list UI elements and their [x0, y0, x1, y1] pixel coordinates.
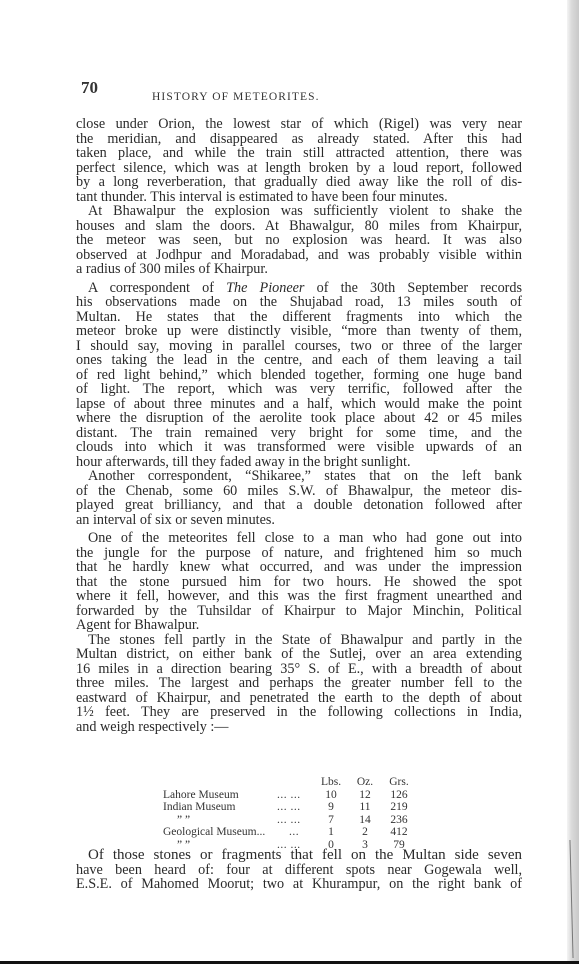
lbs-value: 9: [314, 801, 348, 814]
text-line: clouds into which it was transformed wer…: [76, 440, 522, 455]
text-line: the meridian, and disappeared as already…: [76, 132, 522, 147]
text-line: 16 miles in a direction bearing 35° S. o…: [76, 662, 522, 677]
body-text-continued: Of those stones or fragments that fell o…: [76, 848, 522, 892]
grs-value: 126: [382, 789, 416, 802]
text-line: perfect silence, which was at length bro…: [76, 161, 522, 176]
lbs-value: 10: [314, 789, 348, 802]
leader-dots: ... ...: [277, 789, 314, 802]
text-line: Another correspondent, “Shikaree,” state…: [76, 469, 522, 484]
text-line: houses and slam the doors. At Bhawalgur,…: [76, 219, 522, 234]
page-number: 70: [81, 78, 98, 98]
text-line: observed at Jodhpur and Moradabad, and w…: [76, 248, 522, 263]
text-line: meteor broke up were distinctly visible,…: [76, 324, 522, 339]
text-line: by a long reverberation, that gradually …: [76, 175, 522, 190]
meteorite-weights-table: Lbs. Oz. Grs. Lahore Museum ... ... 10 1…: [163, 776, 416, 851]
collection-name: ” ”: [163, 814, 277, 827]
running-head: History of Meteorites.: [152, 91, 320, 103]
text-line: forwarded by the Tuhsildar of Khairpur t…: [76, 604, 522, 619]
text-line: have been heard of: four at different sp…: [76, 863, 522, 878]
text-line: his observations made on the Shujabad ro…: [76, 295, 522, 310]
text-line: ones taking the lead in the centre, and …: [76, 353, 522, 368]
header-collection: [163, 776, 277, 789]
text-line: eastward of Khairpur, and penetrated the…: [76, 691, 522, 706]
text-line: taken place, and while the train still a…: [76, 146, 522, 161]
text-line: of light. The report, which was very ter…: [76, 382, 522, 397]
text-line: 1½ feet. They are preserved in the follo…: [76, 705, 522, 720]
header-dots: [277, 776, 314, 789]
text-line: The stones fell partly in the State of B…: [76, 633, 522, 648]
text-line: that he hardly knew what occurred, and w…: [76, 560, 522, 575]
text-line: where the disruption of the aerolite too…: [76, 411, 522, 426]
grs-value: 236: [382, 814, 416, 827]
text-line: three miles. The largest and perhaps the…: [76, 676, 522, 691]
collection-name: Indian Museum: [163, 801, 277, 814]
text-line: that the stone pursued him for two hours…: [76, 575, 522, 590]
table-row: Geological Museum... ... 1 2 412: [163, 826, 416, 839]
lbs-value: 7: [314, 814, 348, 827]
header-grs: Grs.: [382, 776, 416, 789]
table-row: Lahore Museum ... ... 10 12 126: [163, 789, 416, 802]
text-line: Multan. He states that the different fra…: [76, 310, 522, 325]
text-line: Multan district, on either bank of the S…: [76, 647, 522, 662]
text-line: Agent for Bhawalpur.: [76, 618, 522, 633]
page-edge-shadow: [567, 0, 579, 964]
text-line: where it fell, however, and this was the…: [76, 589, 522, 604]
text-line: of the Chenab, some 60 miles S.W. of Bha…: [76, 484, 522, 499]
text-line: At Bhawalpur the explosion was sufficien…: [76, 204, 522, 219]
table-header-row: Lbs. Oz. Grs.: [163, 776, 416, 789]
header-lbs: Lbs.: [314, 776, 348, 789]
collection-name: Geological Museum...: [163, 826, 277, 839]
oz-value: 14: [348, 814, 382, 827]
oz-value: 2: [348, 826, 382, 839]
text-line: of red light behind,” which blended toge…: [76, 368, 522, 383]
text-line: close under Orion, the lowest star of wh…: [76, 117, 522, 132]
grs-value: 219: [382, 801, 416, 814]
body-text: close under Orion, the lowest star of wh…: [76, 117, 522, 734]
text-line: Of those stones or fragments that fell o…: [76, 848, 522, 863]
oz-value: 11: [348, 801, 382, 814]
text-line: E.S.E. of Mahomed Moorut; two at Khuramp…: [76, 877, 522, 892]
text-line: tant thunder. This interval is estimated…: [76, 190, 522, 205]
text-line: played great brilliancy, and that a doub…: [76, 498, 522, 513]
text-line: the meteor was seen, but no explosion wa…: [76, 233, 522, 248]
text-line: lapse of about three minutes and a half,…: [76, 397, 522, 412]
text-line: an interval of six or seven minutes.: [76, 513, 522, 528]
text-line: distant. The train remained very bright …: [76, 426, 522, 441]
table-row: Indian Museum ... ... 9 11 219: [163, 801, 416, 814]
text-line: and weigh respectively :—: [76, 720, 522, 735]
text-line: a radius of 300 miles of Khairpur.: [76, 262, 522, 277]
text-line-pioneer: A correspondent of The Pioneer of the 30…: [76, 281, 522, 296]
collection-name: Lahore Museum: [163, 789, 277, 802]
text-line: I should say, moving in parallel courses…: [76, 339, 522, 354]
leader-dots: ... ...: [277, 801, 314, 814]
text-line: hour afterwards, till they faded away in…: [76, 455, 522, 470]
lbs-value: 1: [314, 826, 348, 839]
text-line: One of the meteorites fell close to a ma…: [76, 531, 522, 546]
grs-value: 412: [382, 826, 416, 839]
header-oz: Oz.: [348, 776, 382, 789]
leader-dots: ...: [277, 826, 314, 839]
table-row: ” ” ... ... 7 14 236: [163, 814, 416, 827]
oz-value: 12: [348, 789, 382, 802]
text-line: the jungle for the purpose of nature, an…: [76, 546, 522, 561]
leader-dots: ... ...: [277, 814, 314, 827]
